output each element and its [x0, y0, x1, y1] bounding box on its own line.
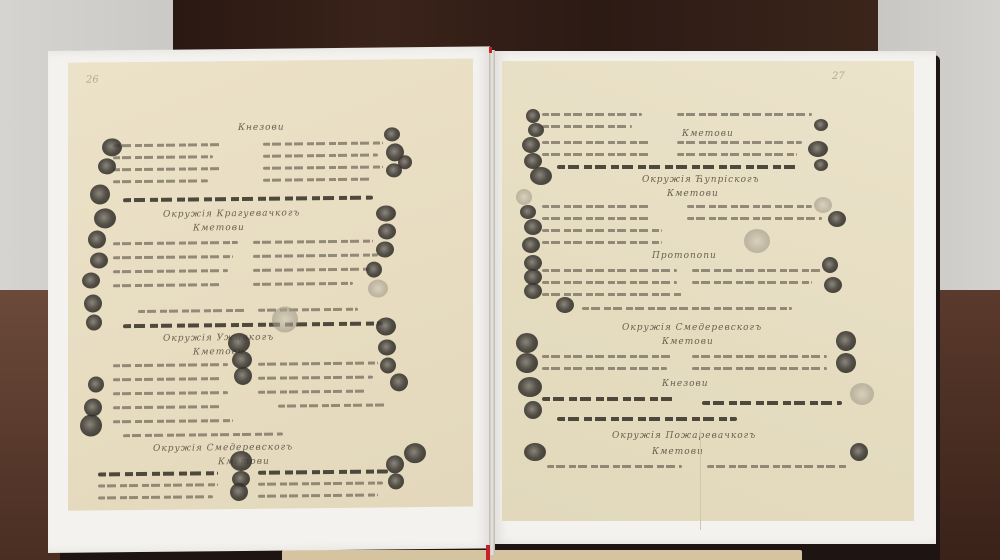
right-page: 27 Кметови Окружія Ћупріскогъ Кметови Пр… [494, 51, 936, 544]
left-manuscript-sheet: 26 Кнезови Окружія Крагуевачкогъ Кметови… [68, 59, 473, 511]
left-heading-5: Окружія Смедеревскогъ [153, 442, 293, 453]
right-heading-7: Кнезови [662, 379, 709, 389]
left-page-number: 26 [86, 74, 99, 85]
right-heading-4: Протопопи [652, 251, 717, 261]
lectern-plaque [282, 550, 802, 560]
left-page-title: Кнезови [238, 123, 285, 133]
right-heading-3: Кметови [667, 189, 719, 199]
right-heading-2: Окружія Ћупріскогъ [642, 175, 760, 185]
left-heading-3: Окружія Ужичкогъ [163, 333, 274, 344]
right-heading-6: Кметови [662, 337, 714, 347]
right-heading-5: Окружія Смедеревскогъ [622, 323, 762, 333]
right-heading-9: Кметови [652, 447, 704, 457]
bookmark-ribbon-top [489, 47, 492, 53]
right-page-number: 27 [832, 71, 845, 82]
page-fold-line [700, 430, 701, 530]
left-heading-1: Окружія Крагуевачкогъ [163, 208, 300, 219]
left-heading-2: Кметови [193, 223, 245, 234]
right-manuscript-sheet: 27 Кметови Окружія Ћупріскогъ Кметови Пр… [502, 61, 914, 521]
book-spine [489, 50, 495, 555]
right-heading-1: Кметови [682, 129, 734, 139]
bookmark-ribbon-bottom [486, 545, 490, 560]
left-page: 26 Кнезови Окружія Крагуевачкогъ Кметови… [48, 46, 490, 553]
right-heading-8: Окружія Пожаревачкогъ [612, 431, 756, 441]
